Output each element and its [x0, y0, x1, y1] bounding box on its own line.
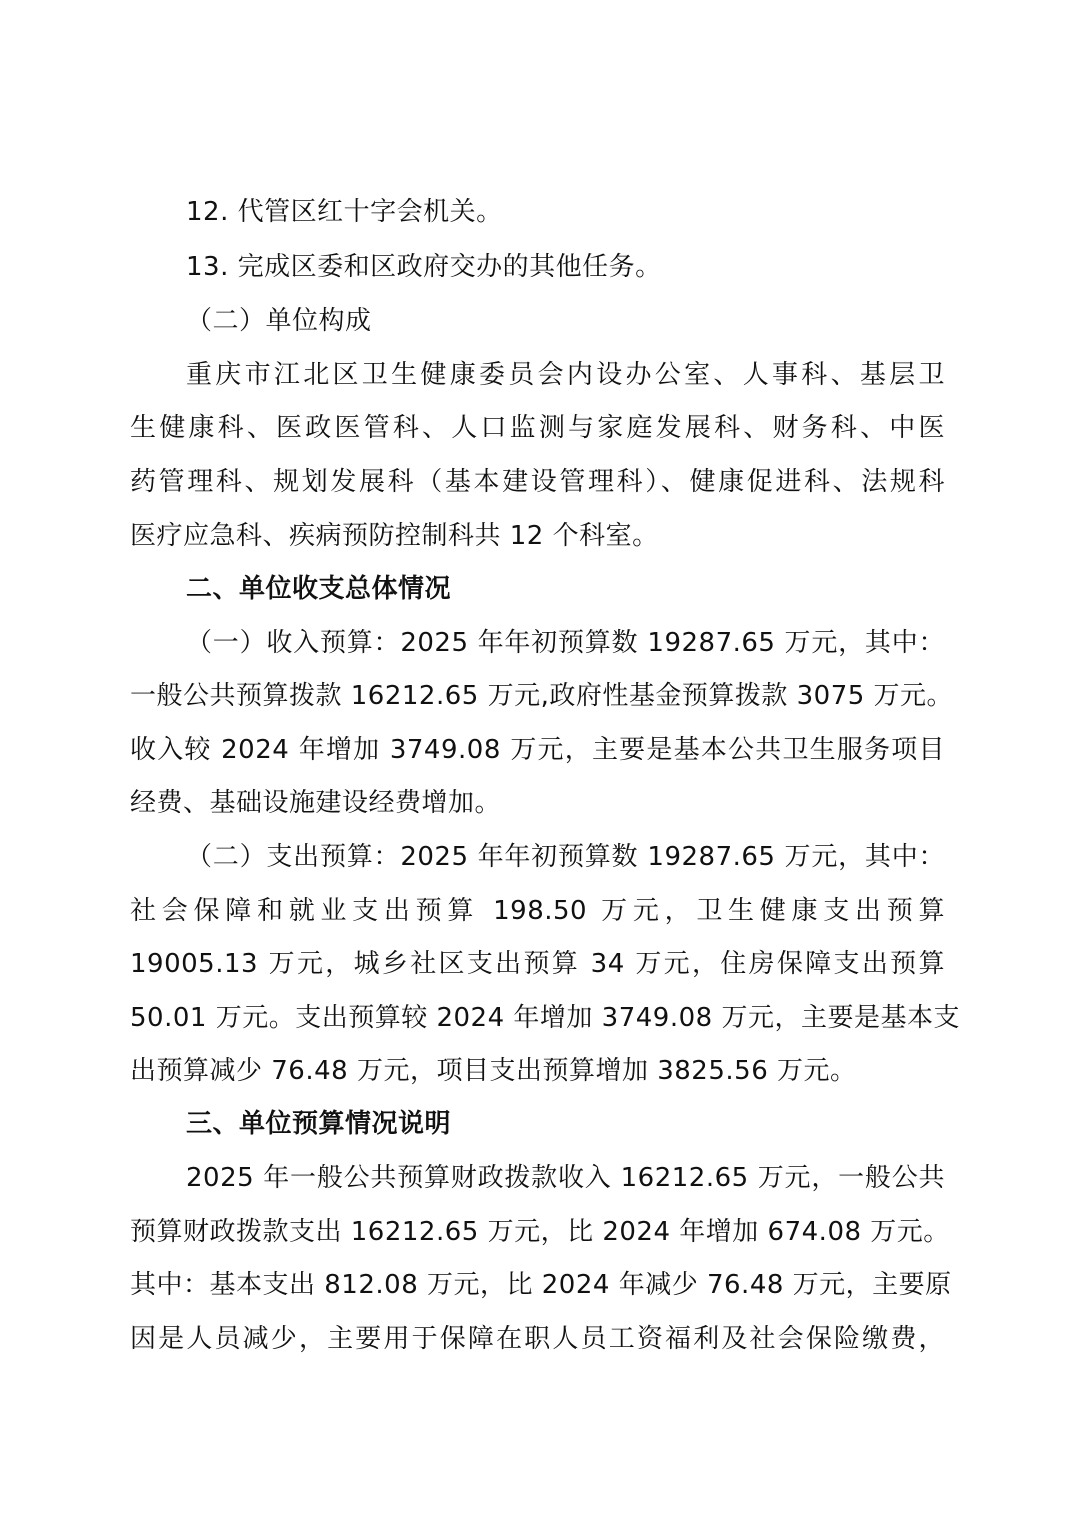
paragraph-line: 因是人员减少，主要用于保障在职人员工资福利及社会保险缴费，	[130, 1319, 945, 1359]
document-page: 12. 代管区红十字会机关。 13. 完成区委和区政府交办的其他任务。 （二）单…	[0, 0, 1074, 1520]
paragraph-line: 50.01 万元。支出预算较 2024 年增加 3749.08 万元，主要是基本…	[130, 998, 945, 1038]
paragraph-line: 重庆市江北区卫生健康委员会内设办公室、人事科、基层卫	[186, 355, 945, 395]
section-heading-budget-explanation: 三、单位预算情况说明	[186, 1104, 945, 1144]
paragraph-line: 收入较 2024 年增加 3749.08 万元，主要是基本公共卫生服务项目	[130, 730, 945, 770]
paragraph-line: 药管理科、规划发展科（基本建设管理科）、健康促进科、法规科	[130, 462, 945, 502]
paragraph-line: 生健康科、医政医管科、人口监测与家庭发展科、财务科、中医	[130, 408, 945, 448]
paragraph-line: 其中：基本支出 812.08 万元，比 2024 年减少 76.48 万元，主要…	[130, 1265, 945, 1305]
list-item-12: 12. 代管区红十字会机关。	[186, 192, 945, 232]
paragraph-line: 19005.13 万元，城乡社区支出预算 34 万元，住房保障支出预算	[130, 944, 945, 984]
paragraph-line: 一般公共预算拨款 16212.65 万元,政府性基金预算拨款 3075 万元。	[130, 676, 945, 716]
section-heading-revenue-expenditure: 二、单位收支总体情况	[186, 569, 945, 609]
paragraph-line: 经费、基础设施建设经费增加。	[130, 783, 945, 823]
paragraph-line: 医疗应急科、疾病预防控制科共 12 个科室。	[130, 516, 945, 556]
paragraph-line: 2025 年一般公共预算财政拨款收入 16212.65 万元，一般公共	[186, 1158, 945, 1198]
subheading-unit-composition: （二）单位构成	[186, 301, 1001, 341]
paragraph-line: 社会保障和就业支出预算 198.50 万元，卫生健康支出预算	[130, 891, 945, 931]
paragraph-line: （一）收入预算：2025 年年初预算数 19287.65 万元，其中：	[186, 623, 945, 663]
list-item-13: 13. 完成区委和区政府交办的其他任务。	[186, 247, 945, 287]
paragraph-line: 预算财政拨款支出 16212.65 万元，比 2024 年增加 674.08 万…	[130, 1212, 945, 1252]
paragraph-line: 出预算减少 76.48 万元，项目支出预算增加 3825.56 万元。	[130, 1051, 945, 1091]
paragraph-line: （二）支出预算：2025 年年初预算数 19287.65 万元，其中：	[186, 837, 945, 877]
